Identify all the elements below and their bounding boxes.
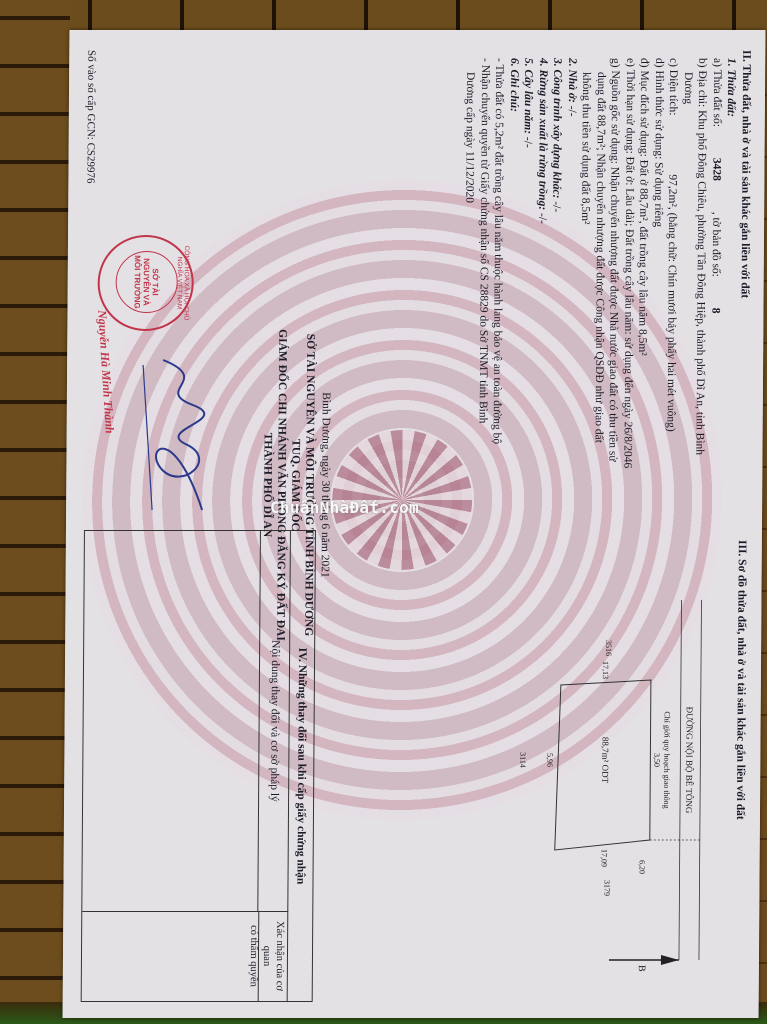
changes-content-column: Nội dung thay đổi và cơ sở pháp lý (82, 531, 291, 912)
address-value: Khu phố Đông Chiêu, phường Tân Đông Hiệp… (694, 110, 708, 455)
other-construction-row: 3. Công trình xây dựng khác: -/- (547, 50, 564, 468)
svg-text:17,13: 17,13 (601, 661, 610, 679)
svg-text:88,7m² ODT: 88,7m² ODT (600, 737, 610, 784)
svg-text:3,50: 3,50 (652, 753, 661, 767)
svg-text:Chỉ giới quy hoạch giao thông: Chỉ giới quy hoạch giao thông (662, 711, 672, 808)
table-mat-left (0, 0, 70, 1024)
land-parcel-title: 1. Thửa đất: (721, 50, 738, 468)
authority-confirmation-column: Xác nhận của cơ quan có thẩm quyền (82, 911, 289, 1001)
origin-continued-1: dụng đất 88,7m²; Nhận chuyển nhượng đất … (591, 50, 608, 468)
perennial-trees-row: 5. Cây lâu năm: -/- (518, 50, 535, 468)
site-watermark: ChuẩnNhàĐất.com (270, 498, 419, 517)
svg-text:17,09: 17,09 (600, 849, 609, 867)
planted-forest-row: 4. Rừng sản xuất là rừng trồng: -/- (533, 50, 550, 468)
section-2-heading: II. Thửa đất, nhà ở và tài sản khác gắn … (736, 50, 753, 468)
north-arrow-icon: B (609, 955, 679, 972)
section-3-heading: III. Sơ đồ thửa đất, nhà ở và tài sản kh… (734, 540, 748, 820)
note-2: - Nhận chuyển quyền từ Giấy chứng nhận s… (475, 50, 492, 468)
svg-text:3179: 3179 (602, 880, 611, 896)
svg-text:6,20: 6,20 (638, 860, 647, 874)
address-row: b) Địa chỉ: Khu phố Đông Chiêu, phường T… (692, 50, 709, 468)
house-row: 2. Nhà ở: -/- (562, 50, 579, 468)
parcel-number: 3428 (710, 158, 722, 181)
seal-center: SỞ TÀI NGUYÊN VÀ MÔI TRƯỜNG (115, 251, 177, 313)
gcn-registry-number: Số vào sổ cấp GCN: CS29976 (84, 50, 97, 184)
note-1: - Thửa đất có 5,2m² đất trồng cây lâu nă… (489, 50, 506, 468)
section-2: II. Thửa đất, nhà ở và tài sản khác gắn … (460, 50, 753, 468)
area-value: 97,2m², (bằng chữ: Chín mươi bảy phẩy ha… (665, 174, 679, 431)
changes-table: IV. Những thay đổi sau khi cấp giấy chứn… (81, 530, 316, 1002)
svg-text:B: B (636, 965, 647, 972)
area-row: c) Diện tích: 97,2m², (bằng chữ: Chín mư… (663, 50, 680, 468)
handwritten-signature-icon (132, 350, 223, 520)
svg-text:3114: 3114 (518, 752, 527, 768)
official-seal-icon: CỘNG HÒA XÃ HỘI CHỦ NGHĨA VIỆT NAM SỞ TÀ… (97, 235, 194, 331)
notes-title: 6. Ghi chú: (504, 50, 521, 468)
certificate-paper: II. Thửa đất, nhà ở và tài sản khác gắn … (63, 30, 766, 1018)
map-sheet-number: 8 (709, 308, 721, 314)
section-4-heading: IV. Những thay đổi sau khi cấp giấy chứn… (287, 531, 315, 1001)
parcel-number-row: a) Thửa đất số: 3428 , tờ bản đồ số: 8 (707, 50, 724, 468)
changes-content-header: Nội dung thay đổi và cơ sở pháp lý (257, 531, 291, 911)
svg-text:ĐƯỜNG NỘI BỘ BÊ TÔNG: ĐƯỜNG NỘI BỘ BÊ TÔNG (684, 707, 695, 814)
svg-text:5,96: 5,96 (545, 753, 554, 767)
table-mat-top (0, 0, 767, 34)
purpose-row: đ) Mục đích sử dụng: Đất ở 88,7m², đất t… (634, 50, 651, 468)
land-plot-diagram: ĐƯỜNG NỘI BỘ BÊ TÔNG Chỉ giới quy hoạch … (329, 540, 722, 1010)
svg-text:3516: 3516 (604, 640, 613, 656)
authority-confirmation-header: Xác nhận của cơ quan có thẩm quyền (258, 911, 289, 1001)
term-row: e) Thời hạn sử dụng: Đất ở: Lâu dài; Đất… (620, 50, 637, 468)
certificate-sheet: II. Thửa đất, nhà ở và tài sản khác gắn … (63, 30, 766, 1018)
